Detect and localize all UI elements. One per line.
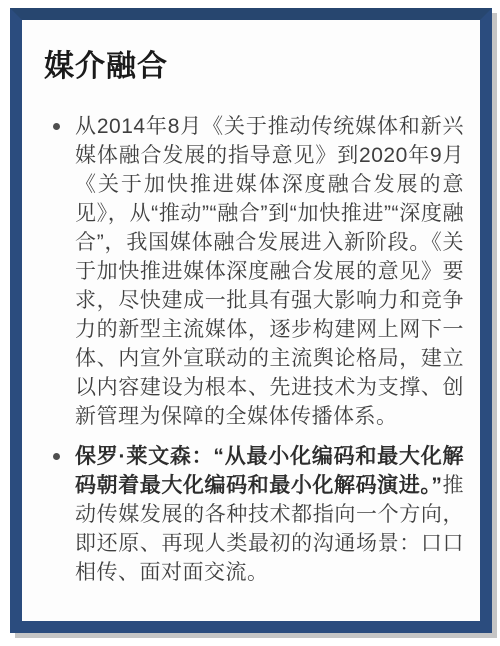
bullet-text: 从2014年8月《关于推动传统媒体和新兴媒体融合发展的指导意见》到2020年9月…: [75, 115, 464, 428]
page-background: 媒介融合 从2014年8月《关于推动传统媒体和新兴媒体融合发展的指导意见》到20…: [0, 0, 500, 646]
bullet-text-quote: 保罗·莱文森：“从最小化编码和最大化解码朝着最大化编码和最小化解码演进。”: [75, 445, 464, 497]
list-item: 保罗·莱文森：“从最小化编码和最大化解码朝着最大化编码和最小化解码演进。”推动传…: [50, 442, 464, 587]
bullet-list: 从2014年8月《关于推动传统媒体和新兴媒体融合发展的指导意见》到2020年9月…: [44, 112, 464, 587]
bullet-icon: [53, 123, 60, 130]
list-item: 从2014年8月《关于推动传统媒体和新兴媒体融合发展的指导意见》到2020年9月…: [50, 112, 464, 431]
page-title: 媒介融合: [44, 50, 464, 84]
card-content: 媒介融合 从2014年8月《关于推动传统媒体和新兴媒体融合发展的指导意见》到20…: [22, 20, 480, 621]
bullet-icon: [53, 453, 60, 460]
framed-card: 媒介融合 从2014年8月《关于推动传统媒体和新兴媒体融合发展的指导意见》到20…: [10, 8, 492, 633]
